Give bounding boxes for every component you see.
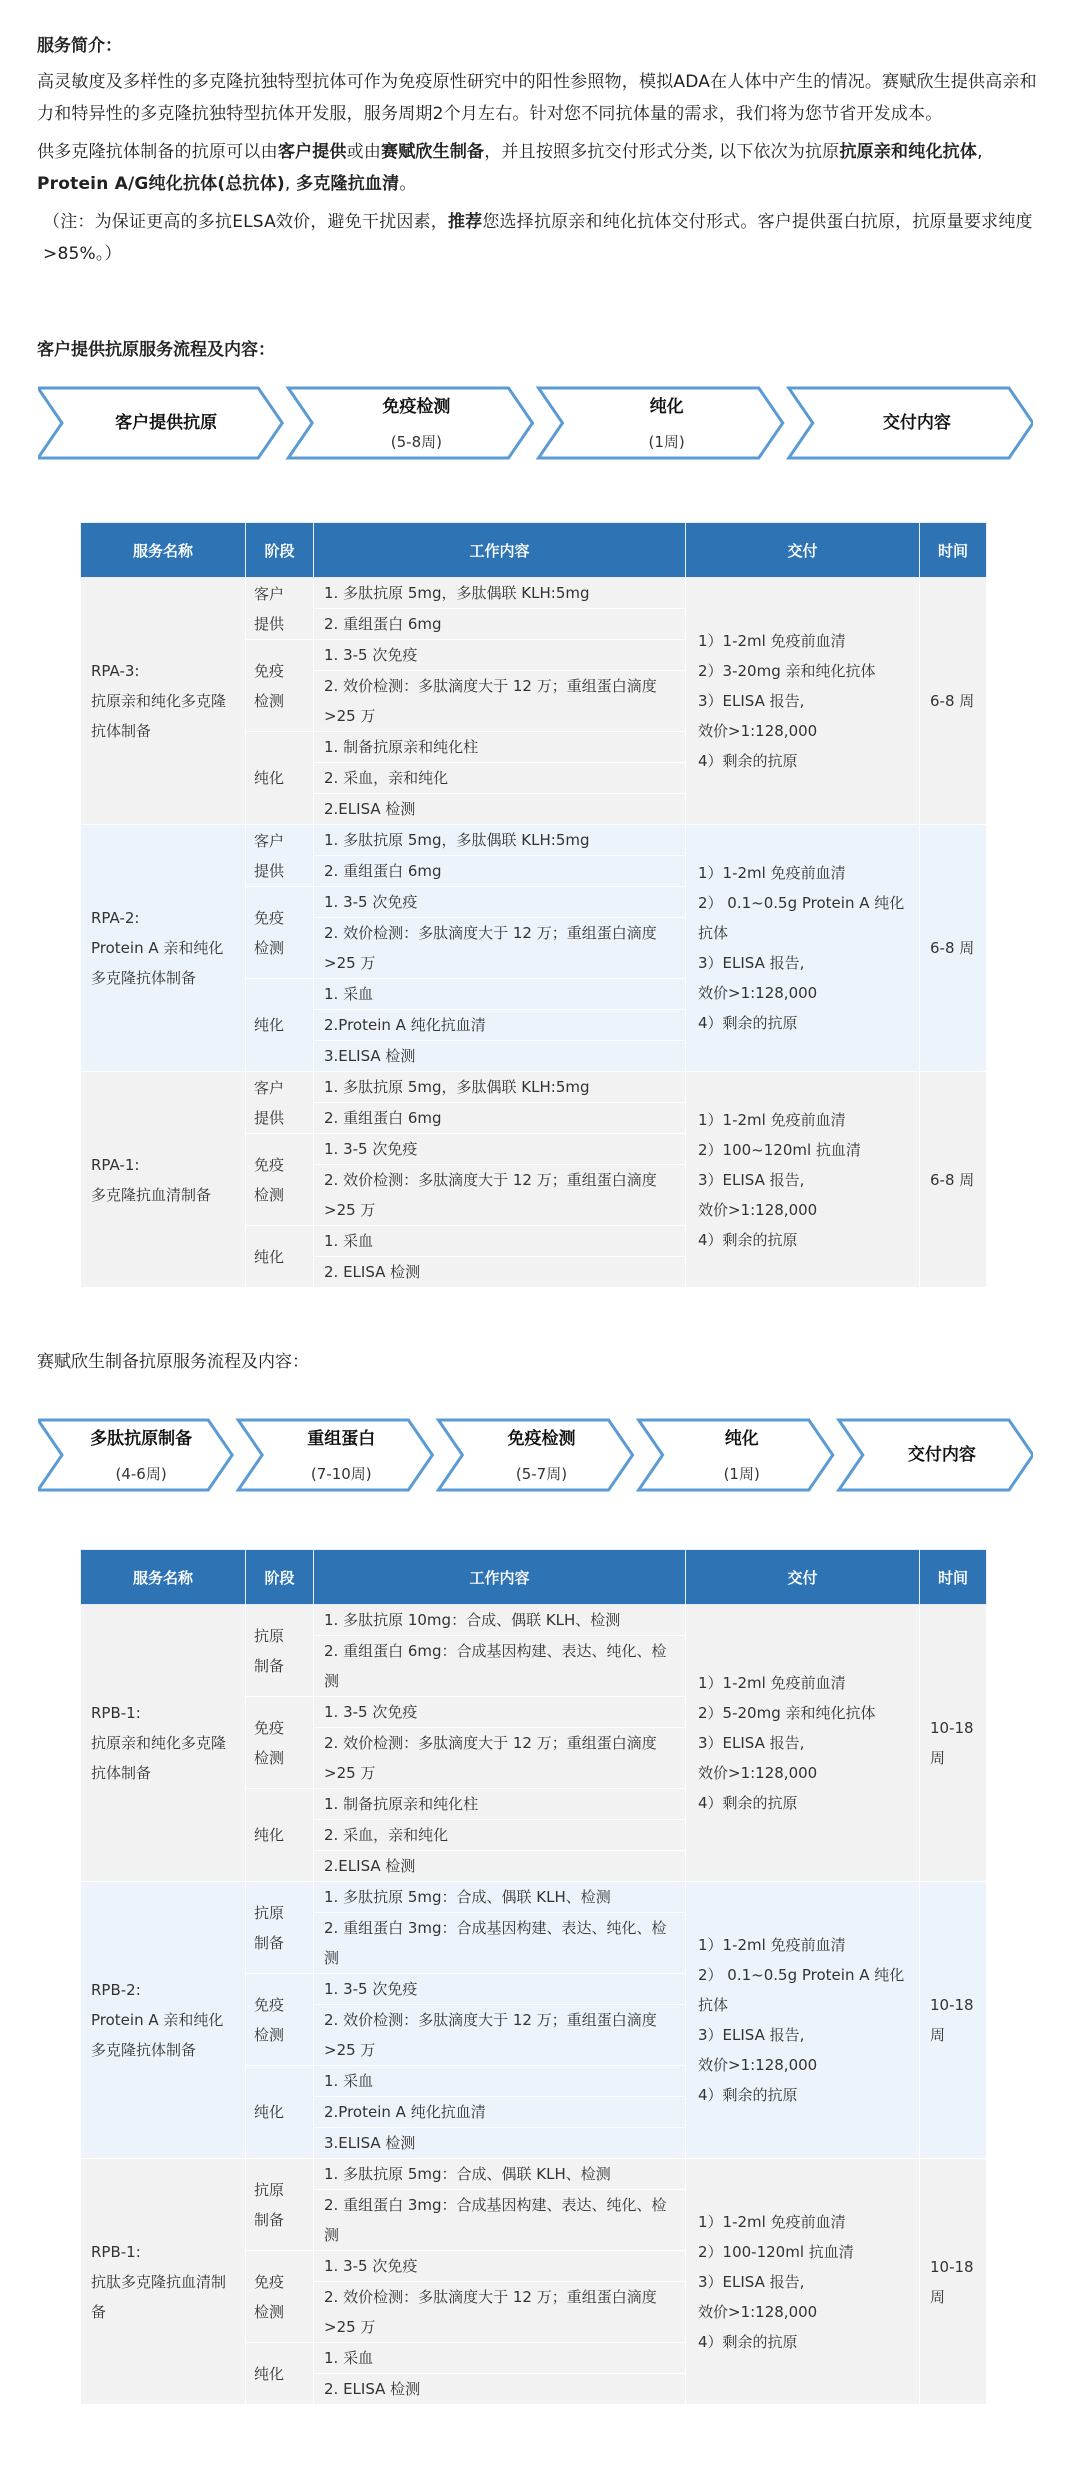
stage-cell: 免疫检测 bbox=[246, 2251, 314, 2343]
deliverable-item: 3）ELISA 报告, bbox=[698, 948, 907, 978]
deliverable-item: 4）剩余的抗原 bbox=[698, 2080, 907, 2110]
stage-label: 客户提供 bbox=[254, 1073, 290, 1133]
deliverable-item: 3）ELISA 报告, bbox=[698, 2267, 907, 2297]
flow-step-label: 纯化 bbox=[551, 396, 783, 418]
intro-heading: 服务简介： bbox=[37, 30, 1037, 62]
service-description: Protein A 亲和纯化多克隆抗体制备 bbox=[91, 933, 237, 993]
work-item: 2.Protein A 纯化抗血清 bbox=[314, 2097, 686, 2128]
table-header-row: 服务名称阶段工作内容交付时间 bbox=[81, 1550, 987, 1605]
stage-label: 免疫检测 bbox=[254, 903, 290, 963]
work-item: 1. 制备抗原亲和纯化柱 bbox=[314, 732, 686, 763]
stage-cell: 抗原制备 bbox=[246, 2159, 314, 2251]
duration-cell: 10-18 周 bbox=[920, 2159, 987, 2405]
intro-note: （注：为保证更高的多抗ELSA效价，避免干扰因素，推荐您选择抗原亲和纯化抗体交付… bbox=[37, 206, 1037, 270]
work-item: 2.Protein A 纯化抗血清 bbox=[314, 1010, 686, 1041]
service-name-cell: RPA-2:Protein A 亲和纯化多克隆抗体制备 bbox=[81, 825, 246, 1072]
service-description: 抗肽多克隆抗血清制备 bbox=[91, 2267, 237, 2327]
work-item: 1. 采血 bbox=[314, 2343, 686, 2374]
column-header: 交付 bbox=[686, 1550, 920, 1605]
stage-label: 免疫检测 bbox=[254, 1713, 290, 1773]
bold-customer-provided: 客户提供 bbox=[278, 142, 347, 162]
flow-step-label: 交付内容 bbox=[851, 1444, 1033, 1466]
stage-cell: 免疫检测 bbox=[246, 1697, 314, 1789]
bold-company-prepared: 赛赋欣生制备 bbox=[381, 142, 484, 162]
text: （注：为保证更高的多抗ELSA效价，避免干扰因素， bbox=[43, 212, 448, 232]
deliverable-item: 4）剩余的抗原 bbox=[698, 1225, 907, 1255]
intro-paragraph-1: 高灵敏度及多样性的多克隆抗独特型抗体可作为免疫原性研究中的阳性参照物，模拟ADA… bbox=[37, 66, 1037, 130]
deliverables-cell: 1）1-2ml 免疫前血清2） 0.1~0.5g Protein A 纯化抗体3… bbox=[686, 825, 920, 1072]
work-item: 2. 效价检测：多肽滴度大于 12 万；重组蛋白滴度>25 万 bbox=[314, 671, 686, 732]
work-item: 1. 3-5 次免疫 bbox=[314, 1697, 686, 1728]
work-item: 1. 多肽抗原 5mg：合成、偶联 KLH、检测 bbox=[314, 2159, 686, 2190]
deliverable-item: 1）1-2ml 免疫前血清 bbox=[698, 1105, 907, 1135]
process-flow-customer: 客户提供抗原免疫检测(5-8周)纯化(1周)交付内容 bbox=[38, 386, 1033, 460]
deliverable-item: 3）ELISA 报告, bbox=[698, 686, 907, 716]
work-item: 3.ELISA 检测 bbox=[314, 2128, 686, 2159]
work-item: 1. 采血 bbox=[314, 2066, 686, 2097]
service-description: 抗原亲和纯化多克隆抗体制备 bbox=[91, 686, 237, 746]
deliverable-item: 3）ELISA 报告, bbox=[698, 2020, 907, 2050]
flow-step-label: 交付内容 bbox=[801, 412, 1033, 434]
service-name-cell: RPB-1:抗原亲和纯化多克隆抗体制备 bbox=[81, 1605, 246, 1882]
service-table-customer: 服务名称阶段工作内容交付时间RPA-3:抗原亲和纯化多克隆抗体制备客户提供1. … bbox=[80, 522, 987, 1288]
deliverable-item: 4）剩余的抗原 bbox=[698, 2327, 907, 2357]
stage-label: 客户提供 bbox=[254, 579, 290, 639]
stage-label: 纯化 bbox=[254, 1010, 290, 1040]
duration-cell: 6-8 周 bbox=[920, 825, 987, 1072]
stage-label: 纯化 bbox=[254, 2097, 290, 2127]
deliverables-cell: 1）1-2ml 免疫前血清2） 0.1~0.5g Protein A 纯化抗体3… bbox=[686, 1882, 920, 2159]
work-item: 1. 3-5 次免疫 bbox=[314, 2251, 686, 2282]
deliverable-item: 1）1-2ml 免疫前血清 bbox=[698, 858, 907, 888]
service-name-cell: RPA-1:多克隆抗血清制备 bbox=[81, 1072, 246, 1288]
deliverable-item: 1）1-2ml 免疫前血清 bbox=[698, 2207, 907, 2237]
bold-recommend: 推荐 bbox=[448, 212, 482, 232]
stage-cell: 纯化 bbox=[246, 2066, 314, 2159]
deliverable-item: 2） 0.1~0.5g Protein A 纯化抗体 bbox=[698, 888, 907, 948]
deliverable-item: 4）剩余的抗原 bbox=[698, 746, 907, 776]
stage-cell: 免疫检测 bbox=[246, 887, 314, 979]
work-item: 1. 采血 bbox=[314, 979, 686, 1010]
work-item: 1. 多肽抗原 5mg，多肽偶联 KLH:5mg bbox=[314, 1072, 686, 1103]
column-header: 时间 bbox=[920, 1550, 987, 1605]
flow-step-label: 免疫检测 bbox=[450, 1428, 632, 1450]
service-code: RPA-2: bbox=[91, 903, 237, 933]
work-item: 2. ELISA 检测 bbox=[314, 1257, 686, 1288]
table-row: RPB-2:Protein A 亲和纯化多克隆抗体制备抗原制备1. 多肽抗原 5… bbox=[81, 1882, 987, 1913]
bold-antiserum: 多克隆抗血清 bbox=[296, 174, 399, 194]
column-header: 阶段 bbox=[246, 523, 314, 578]
service-description: 抗原亲和纯化多克隆抗体制备 bbox=[91, 1728, 237, 1788]
service-code: RPB-1: bbox=[91, 1698, 237, 1728]
work-item: 2. 采血，亲和纯化 bbox=[314, 1820, 686, 1851]
deliverables-cell: 1）1-2ml 免疫前血清2）100~120ml 抗血清3）ELISA 报告,效… bbox=[686, 1072, 920, 1288]
work-item: 2. 效价检测：多肽滴度大于 12 万；重组蛋白滴度>25 万 bbox=[314, 1165, 686, 1226]
duration-cell: 6-8 周 bbox=[920, 578, 987, 825]
deliverable-item: 1）1-2ml 免疫前血清 bbox=[698, 1930, 907, 1960]
deliverable-item: 3）ELISA 报告, bbox=[698, 1165, 907, 1195]
section1-title: 客户提供抗原服务流程及内容： bbox=[37, 336, 275, 364]
bold-protein-ag: Protein A/G纯化抗体(总抗体) bbox=[37, 174, 285, 194]
column-header: 工作内容 bbox=[314, 523, 686, 578]
stage-label: 抗原制备 bbox=[254, 1621, 290, 1681]
deliverables-cell: 1）1-2ml 免疫前血清2）100-120ml 抗血清3）ELISA 报告,效… bbox=[686, 2159, 920, 2405]
stage-cell: 纯化 bbox=[246, 732, 314, 825]
deliverable-item: 2） 0.1~0.5g Protein A 纯化抗体 bbox=[698, 1960, 907, 2020]
stage-label: 免疫检测 bbox=[254, 2267, 290, 2327]
service-description: 多克隆抗血清制备 bbox=[91, 1180, 237, 1210]
stage-label: 抗原制备 bbox=[254, 1898, 290, 1958]
work-item: 2. 重组蛋白 3mg：合成基因构建、表达、纯化、检测 bbox=[314, 1913, 686, 1974]
process-flow-company: 多肽抗原制备(4-6周)重组蛋白(7-10周)免疫检测(5-7周)纯化(1周)交… bbox=[38, 1418, 1033, 1492]
table-header-row: 服务名称阶段工作内容交付时间 bbox=[81, 523, 987, 578]
stage-cell: 纯化 bbox=[246, 1789, 314, 1882]
stage-label: 纯化 bbox=[254, 1242, 290, 1272]
flow-step-duration: (5-8周) bbox=[300, 432, 532, 452]
work-item: 2. 效价检测：多肽滴度大于 12 万；重组蛋白滴度>25 万 bbox=[314, 1728, 686, 1789]
deliverable-item: 2）100-120ml 抗血清 bbox=[698, 2237, 907, 2267]
stage-cell: 免疫检测 bbox=[246, 640, 314, 732]
deliverable-item: 3）ELISA 报告, bbox=[698, 1728, 907, 1758]
work-item: 1. 多肽抗原 10mg：合成、偶联 KLH、检测 bbox=[314, 1605, 686, 1636]
work-item: 1. 采血 bbox=[314, 1226, 686, 1257]
service-code: RPB-1: bbox=[91, 2237, 237, 2267]
service-code: RPA-3: bbox=[91, 656, 237, 686]
duration-cell: 6-8 周 bbox=[920, 1072, 987, 1288]
flow-step-duration: (7-10周) bbox=[250, 1464, 432, 1484]
work-item: 1. 多肽抗原 5mg，多肽偶联 KLH:5mg bbox=[314, 825, 686, 856]
stage-cell: 客户提供 bbox=[246, 825, 314, 887]
stage-label: 抗原制备 bbox=[254, 2175, 290, 2235]
work-item: 1. 多肽抗原 5mg，多肽偶联 KLH:5mg bbox=[314, 578, 686, 609]
table-row: RPA-2:Protein A 亲和纯化多克隆抗体制备客户提供1. 多肽抗原 5… bbox=[81, 825, 987, 856]
stage-cell: 抗原制备 bbox=[246, 1605, 314, 1697]
duration-cell: 10-18 周 bbox=[920, 1605, 987, 1882]
work-item: 1. 制备抗原亲和纯化柱 bbox=[314, 1789, 686, 1820]
deliverable-item: 效价>1:128,000 bbox=[698, 2297, 907, 2327]
work-item: 2. 重组蛋白 3mg：合成基因构建、表达、纯化、检测 bbox=[314, 2190, 686, 2251]
flow-step-duration: (4-6周) bbox=[50, 1464, 232, 1484]
stage-cell: 客户提供 bbox=[246, 578, 314, 640]
service-intro: 服务简介： 高灵敏度及多样性的多克隆抗独特型抗体可作为免疫原性研究中的阳性参照物… bbox=[37, 30, 1037, 276]
service-name-cell: RPA-3:抗原亲和纯化多克隆抗体制备 bbox=[81, 578, 246, 825]
flow-step-duration: (1周) bbox=[651, 1464, 833, 1484]
stage-label: 免疫检测 bbox=[254, 1150, 290, 1210]
deliverable-item: 效价>1:128,000 bbox=[698, 1758, 907, 1788]
duration-cell: 10-18 周 bbox=[920, 1882, 987, 2159]
deliverable-item: 2）100~120ml 抗血清 bbox=[698, 1135, 907, 1165]
table-row: RPA-1:多克隆抗血清制备客户提供1. 多肽抗原 5mg，多肽偶联 KLH:5… bbox=[81, 1072, 987, 1103]
service-code: RPB-2: bbox=[91, 1975, 237, 2005]
deliverable-item: 效价>1:128,000 bbox=[698, 1195, 907, 1225]
table-row: RPA-3:抗原亲和纯化多克隆抗体制备客户提供1. 多肽抗原 5mg，多肽偶联 … bbox=[81, 578, 987, 609]
service-name-cell: RPB-1:抗肽多克隆抗血清制备 bbox=[81, 2159, 246, 2405]
table-row: RPB-1:抗原亲和纯化多克隆抗体制备抗原制备1. 多肽抗原 10mg：合成、偶… bbox=[81, 1605, 987, 1636]
work-item: 2.ELISA 检测 bbox=[314, 1851, 686, 1882]
column-header: 服务名称 bbox=[81, 1550, 246, 1605]
stage-cell: 纯化 bbox=[246, 2343, 314, 2405]
work-item: 2. 重组蛋白 6mg bbox=[314, 609, 686, 640]
flow-step-label: 免疫检测 bbox=[300, 396, 532, 418]
work-item: 1. 3-5 次免疫 bbox=[314, 640, 686, 671]
work-item: 1. 3-5 次免疫 bbox=[314, 887, 686, 918]
stage-cell: 客户提供 bbox=[246, 1072, 314, 1134]
deliverable-item: 效价>1:128,000 bbox=[698, 716, 907, 746]
bold-affinity-antibody: 抗原亲和纯化抗体 bbox=[839, 142, 977, 162]
deliverable-item: 2）5-20mg 亲和纯化抗体 bbox=[698, 1698, 907, 1728]
work-item: 2.ELISA 检测 bbox=[314, 794, 686, 825]
work-item: 2. 重组蛋白 6mg bbox=[314, 856, 686, 887]
flow-step-label: 多肽抗原制备 bbox=[50, 1428, 232, 1450]
stage-label: 纯化 bbox=[254, 2359, 290, 2389]
work-item: 2. 效价检测：多肽滴度大于 12 万；重组蛋白滴度>25 万 bbox=[314, 2282, 686, 2343]
flow-step-label: 纯化 bbox=[651, 1428, 833, 1450]
work-item: 1. 多肽抗原 5mg：合成、偶联 KLH、检测 bbox=[314, 1882, 686, 1913]
work-item: 2. 重组蛋白 6mg：合成基因构建、表达、纯化、检测 bbox=[314, 1636, 686, 1697]
stage-label: 纯化 bbox=[254, 1820, 290, 1850]
stage-label: 客户提供 bbox=[254, 826, 290, 886]
service-name-cell: RPB-2:Protein A 亲和纯化多克隆抗体制备 bbox=[81, 1882, 246, 2159]
work-item: 3.ELISA 检测 bbox=[314, 1041, 686, 1072]
service-description: Protein A 亲和纯化多克隆抗体制备 bbox=[91, 2005, 237, 2065]
service-table-company: 服务名称阶段工作内容交付时间RPB-1:抗原亲和纯化多克隆抗体制备抗原制备1. … bbox=[80, 1549, 987, 2405]
flow-step-label: 重组蛋白 bbox=[250, 1428, 432, 1450]
text: 或由 bbox=[347, 142, 381, 162]
column-header: 服务名称 bbox=[81, 523, 246, 578]
stage-label: 免疫检测 bbox=[254, 656, 290, 716]
work-item: 2. 效价检测：多肽滴度大于 12 万；重组蛋白滴度>25 万 bbox=[314, 918, 686, 979]
text: 。 bbox=[399, 174, 416, 194]
deliverables-cell: 1）1-2ml 免疫前血清2）3-20mg 亲和纯化抗体3）ELISA 报告, … bbox=[686, 578, 920, 825]
deliverable-item: 4）剩余的抗原 bbox=[698, 1788, 907, 1818]
deliverable-item: 1）1-2ml 免疫前血清 bbox=[698, 1668, 907, 1698]
stage-label: 免疫检测 bbox=[254, 1990, 290, 2050]
text: , bbox=[285, 174, 296, 194]
work-item: 2. ELISA 检测 bbox=[314, 2374, 686, 2405]
flow-step-duration: (5-7周) bbox=[450, 1464, 632, 1484]
deliverable-item: 效价>1:128,000 bbox=[698, 2050, 907, 2080]
column-header: 工作内容 bbox=[314, 1550, 686, 1605]
deliverable-item: 1）1-2ml 免疫前血清 bbox=[698, 626, 907, 656]
service-code: RPA-1: bbox=[91, 1150, 237, 1180]
stage-cell: 抗原制备 bbox=[246, 1882, 314, 1974]
column-header: 时间 bbox=[920, 523, 987, 578]
work-item: 2. 采血，亲和纯化 bbox=[314, 763, 686, 794]
deliverable-item: 4）剩余的抗原 bbox=[698, 1008, 907, 1038]
stage-cell: 免疫检测 bbox=[246, 1134, 314, 1226]
stage-cell: 纯化 bbox=[246, 979, 314, 1072]
text: 供多克隆抗体制备的抗原可以由 bbox=[37, 142, 278, 162]
deliverable-item: 2）3-20mg 亲和纯化抗体 bbox=[698, 656, 907, 686]
work-item: 1. 3-5 次免疫 bbox=[314, 1974, 686, 2005]
text: ，并且按照多抗交付形式分类, 以下依次为抗原 bbox=[484, 142, 839, 162]
text: , bbox=[977, 142, 983, 162]
stage-cell: 免疫检测 bbox=[246, 1974, 314, 2066]
column-header: 阶段 bbox=[246, 1550, 314, 1605]
flow-step-label: 客户提供抗原 bbox=[50, 412, 282, 434]
work-item: 2. 效价检测：多肽滴度大于 12 万；重组蛋白滴度>25 万 bbox=[314, 2005, 686, 2066]
work-item: 1. 3-5 次免疫 bbox=[314, 1134, 686, 1165]
work-item: 2. 重组蛋白 6mg bbox=[314, 1103, 686, 1134]
deliverable-item: 效价>1:128,000 bbox=[698, 978, 907, 1008]
section2-title: 赛赋欣生制备抗原服务流程及内容： bbox=[37, 1348, 309, 1376]
deliverables-cell: 1）1-2ml 免疫前血清2）5-20mg 亲和纯化抗体3）ELISA 报告, … bbox=[686, 1605, 920, 1882]
stage-cell: 纯化 bbox=[246, 1226, 314, 1288]
table-row: RPB-1:抗肽多克隆抗血清制备抗原制备1. 多肽抗原 5mg：合成、偶联 KL… bbox=[81, 2159, 987, 2190]
flow-step-duration: (1周) bbox=[551, 432, 783, 452]
stage-label: 纯化 bbox=[254, 763, 290, 793]
intro-paragraph-2: 供多克隆抗体制备的抗原可以由客户提供或由赛赋欣生制备，并且按照多抗交付形式分类,… bbox=[37, 136, 1037, 200]
column-header: 交付 bbox=[686, 523, 920, 578]
